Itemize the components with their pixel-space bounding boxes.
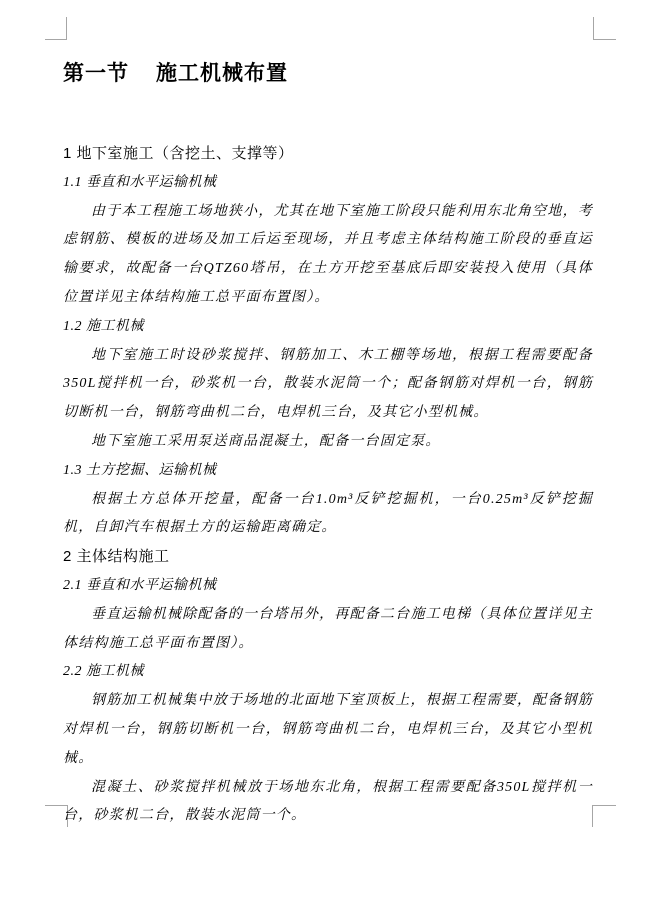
body-paragraph: 混凝土、砂浆搅拌机械放于场地东北角，根据工程需要配备350L搅拌机一台，砂浆机二… bbox=[63, 774, 593, 832]
body-paragraph: 地下室施工时设砂浆搅拌、钢筋加工、木工棚等场地，根据工程需要配备350L搅拌机一… bbox=[63, 342, 593, 428]
section-heading: 1 地下室施工（含挖土、支撑等） bbox=[63, 140, 593, 169]
section-heading: 2 主体结构施工 bbox=[63, 543, 593, 572]
text-body: 第一节施工机械布置 1 地下室施工（含挖土、支撑等） 1.1 垂直和水平运输机械… bbox=[63, 58, 593, 831]
subsection-heading: 1.3 土方挖掘、运输机械 bbox=[63, 457, 593, 486]
section-title: 施工机械布置 bbox=[156, 62, 288, 85]
body-paragraph: 根据土方总体开挖量，配备一台1.0m³反铲挖掘机，一台0.25m³反铲挖掘机，自… bbox=[63, 486, 593, 544]
section-number: 第一节 bbox=[63, 62, 129, 85]
body-paragraph: 由于本工程施工场地狭小，尤其在地下室施工阶段只能利用东北角空地，考虑钢筋、模板的… bbox=[63, 198, 593, 313]
crop-mark-top-left bbox=[45, 17, 67, 40]
subsection-heading: 2.2 施工机械 bbox=[63, 658, 593, 687]
body-paragraph: 钢筋加工机械集中放于场地的北面地下室顶板上，根据工程需要，配备钢筋对焊机一台，钢… bbox=[63, 687, 593, 773]
body-paragraph: 垂直运输机械除配备的一台塔吊外，再配备二台施工电梯（具体位置详见主体结构施工总平… bbox=[63, 601, 593, 659]
body-paragraph: 地下室施工采用泵送商品混凝土，配备一台固定泵。 bbox=[63, 428, 593, 457]
subsection-heading: 2.1 垂直和水平运输机械 bbox=[63, 572, 593, 601]
subsection-heading: 1.2 施工机械 bbox=[63, 313, 593, 342]
page-title: 第一节施工机械布置 bbox=[63, 58, 593, 90]
subsection-heading: 1.1 垂直和水平运输机械 bbox=[63, 169, 593, 198]
crop-mark-top-right bbox=[593, 17, 616, 40]
document-page: 第一节施工机械布置 1 地下室施工（含挖土、支撑等） 1.1 垂直和水平运输机械… bbox=[0, 0, 657, 903]
crop-mark-bottom-right bbox=[592, 805, 616, 827]
